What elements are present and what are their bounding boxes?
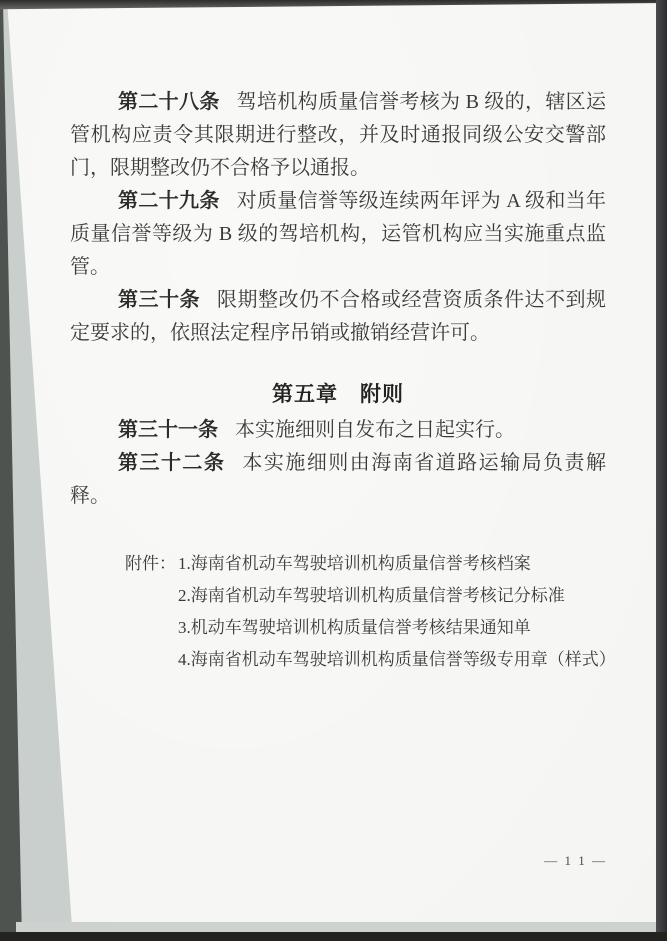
article-term: 第三十条 xyxy=(118,289,200,311)
attachments-block: 附件： 1.海南省机动车驾驶培训机构质量信誉考核档案 2.海南省机动车驾驶培训机… xyxy=(125,548,606,676)
article-paragraph: 第三十一条本实施细则自发布之日起实行。 xyxy=(70,414,606,447)
article-body: 本实施细则自发布之日起实行。 xyxy=(235,419,515,441)
attachment-item: 4.海南省机动车驾驶培训机构质量信誉等级专用章（样式） xyxy=(178,644,616,676)
article-term: 第二十八条 xyxy=(118,91,220,113)
chapter-heading: 第五章 附则 xyxy=(70,378,606,411)
attachment-item: 2.海南省机动车驾驶培训机构质量信誉考核记分标准 xyxy=(178,580,616,612)
article-term: 第三十二条 xyxy=(118,452,225,474)
scanned-document-page: 第二十八条驾培机构质量信誉考核为 B 级的，辖区运管机构应责令其限期进行整改，并… xyxy=(0,0,667,941)
attachment-item: 3.机动车驾驶培训机构质量信誉考核结果通知单 xyxy=(178,612,616,644)
attachment-item: 1.海南省机动车驾驶培训机构质量信誉考核档案 xyxy=(178,548,616,580)
article-paragraph: 第二十八条驾培机构质量信誉考核为 B 级的，辖区运管机构应责令其限期进行整改，并… xyxy=(70,86,606,185)
scan-edge-bottom xyxy=(0,932,667,941)
scan-edge-top xyxy=(0,0,667,10)
article-term: 第三十一条 xyxy=(118,419,218,441)
scan-edge-right xyxy=(656,0,667,941)
article-term: 第二十九条 xyxy=(118,190,220,212)
attachments-list: 1.海南省机动车驾驶培训机构质量信誉考核档案 2.海南省机动车驾驶培训机构质量信… xyxy=(178,548,616,676)
document-body: 第二十八条驾培机构质量信誉考核为 B 级的，辖区运管机构应责令其限期进行整改，并… xyxy=(70,86,606,676)
article-paragraph: 第三十二条本实施细则由海南省道路运输局负责解释。 xyxy=(70,447,606,513)
article-paragraph: 第三十条限期整改仍不合格或经营资质条件达不到规定要求的，依照法定程序吊销或撤销经… xyxy=(70,284,606,350)
article-paragraph: 第二十九条对质量信誉等级连续两年评为 A 级和当年质量信誉等级为 B 级的驾培机… xyxy=(70,185,606,284)
attachments-label: 附件： xyxy=(125,548,176,676)
page-number: — 1 1 — xyxy=(544,853,607,869)
scan-strip-bottom xyxy=(16,922,656,932)
